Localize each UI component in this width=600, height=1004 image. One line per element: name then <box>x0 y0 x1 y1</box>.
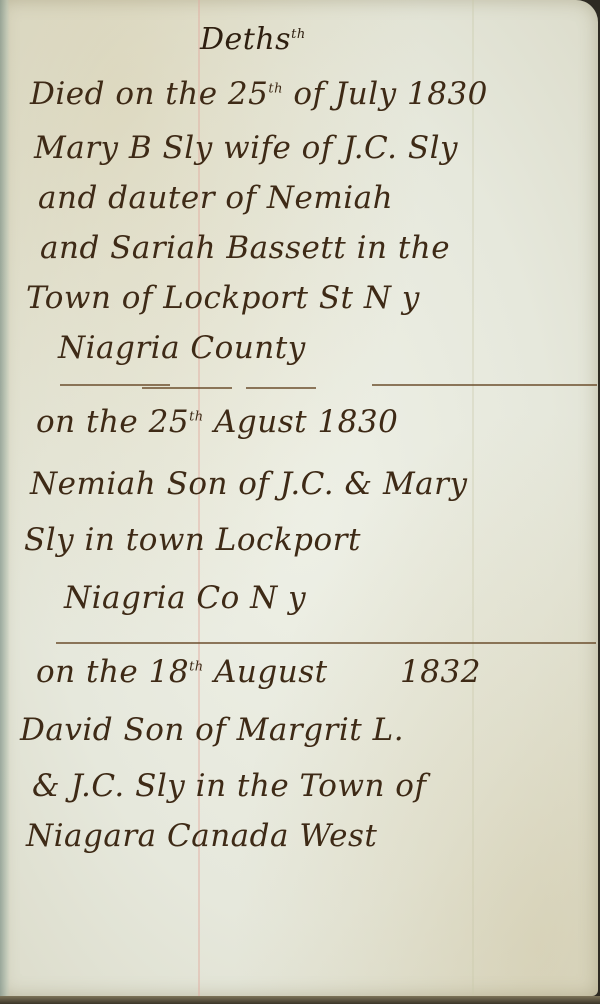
entry-text: Agust 1830 <box>204 404 399 440</box>
entry-line: Niagria Co N y <box>64 580 306 616</box>
entry-line: on the 18th August 1832 <box>36 654 481 690</box>
heading-superscript: th <box>291 27 306 42</box>
entry-separator <box>56 642 596 644</box>
page-heading: Dethsth <box>200 22 306 57</box>
entry-line: on the 25th Agust 1830 <box>36 404 398 440</box>
ordinal-superscript: th <box>268 82 283 97</box>
entry-line: Niagara Canada West <box>26 818 377 854</box>
entry-line: Died on the 25th of July 1830 <box>30 76 488 112</box>
entry-separator <box>246 387 316 389</box>
entry-text: on the 18 <box>36 654 189 690</box>
page-bottom-edge <box>0 996 600 1004</box>
ordinal-superscript: th <box>189 660 204 675</box>
ordinal-superscript: th <box>189 410 204 425</box>
entry-text: of July 1830 <box>283 76 488 112</box>
entry-text: August 1832 <box>204 654 481 690</box>
entry-line: David Son of Margrit L. <box>20 712 404 748</box>
entry-text: Died on the 25 <box>30 76 268 112</box>
entry-line: and dauter of Nemiah <box>38 180 393 216</box>
entry-line: Niagria County <box>58 330 306 366</box>
entry-line: Sly in town Lockport <box>24 522 361 558</box>
entry-line: Town of Lockport St N y <box>26 280 420 316</box>
document-page: Dethsth Died on the 25th of July 1830 Ma… <box>0 0 598 996</box>
entry-line: and Sariah Bassett in the <box>40 230 450 266</box>
entry-separator <box>60 384 170 386</box>
entry-text: on the 25 <box>36 404 189 440</box>
page-binding-edge <box>0 0 10 1004</box>
entry-line: & J.C. Sly in the Town of <box>32 768 426 804</box>
entry-line: Nemiah Son of J.C. & Mary <box>30 466 468 502</box>
heading-text: Deths <box>200 22 291 57</box>
margin-rule <box>472 0 474 996</box>
entry-separator <box>142 387 232 389</box>
entry-line: Mary B Sly wife of J.C. Sly <box>34 130 458 166</box>
entry-separator <box>372 384 597 386</box>
